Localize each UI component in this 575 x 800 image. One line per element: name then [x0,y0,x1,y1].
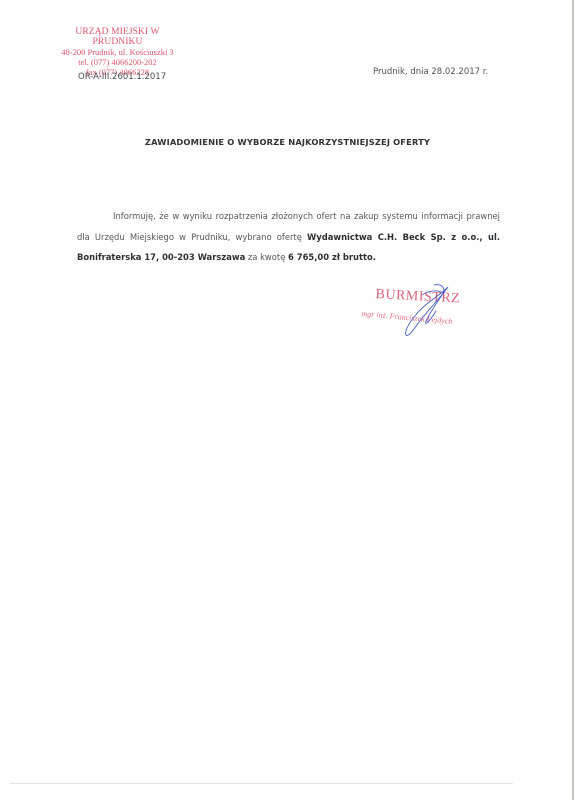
stamp-address: 48-200 Prudnik, ul. Kościuszki 3 [55,47,180,57]
body-text-amount-label: za kwotę [245,252,288,262]
document-page: URZĄD MIEJSKI W PRUDNIKU 48-200 Prudnik,… [0,0,575,800]
signature-block: BURMISTRZ mgr inż. Franciszek Fejdych [362,287,492,342]
handwritten-signature-icon [382,281,462,341]
stamp-phone: tel. (077) 4066200-202 [55,57,180,67]
offer-amount: 6 765,00 zł brutto. [288,252,376,262]
document-title: ZAWIADOMIENIE O WYBORZE NAJKORZYSTNIEJSZ… [0,137,575,147]
page-right-edge [572,0,574,800]
place-date: Prudnik, dnia 28.02.2017 r. [373,67,488,77]
page-bottom-edge [10,783,513,784]
office-stamp: URZĄD MIEJSKI W PRUDNIKU 48-200 Prudnik,… [55,27,180,77]
stamp-office-name: URZĄD MIEJSKI W PRUDNIKU [55,27,180,47]
body-paragraph: Informuję, że w wyniku rozpatrzenia złoż… [77,206,500,268]
reference-number: OR-A-III.2601.1.2017 [78,72,166,82]
